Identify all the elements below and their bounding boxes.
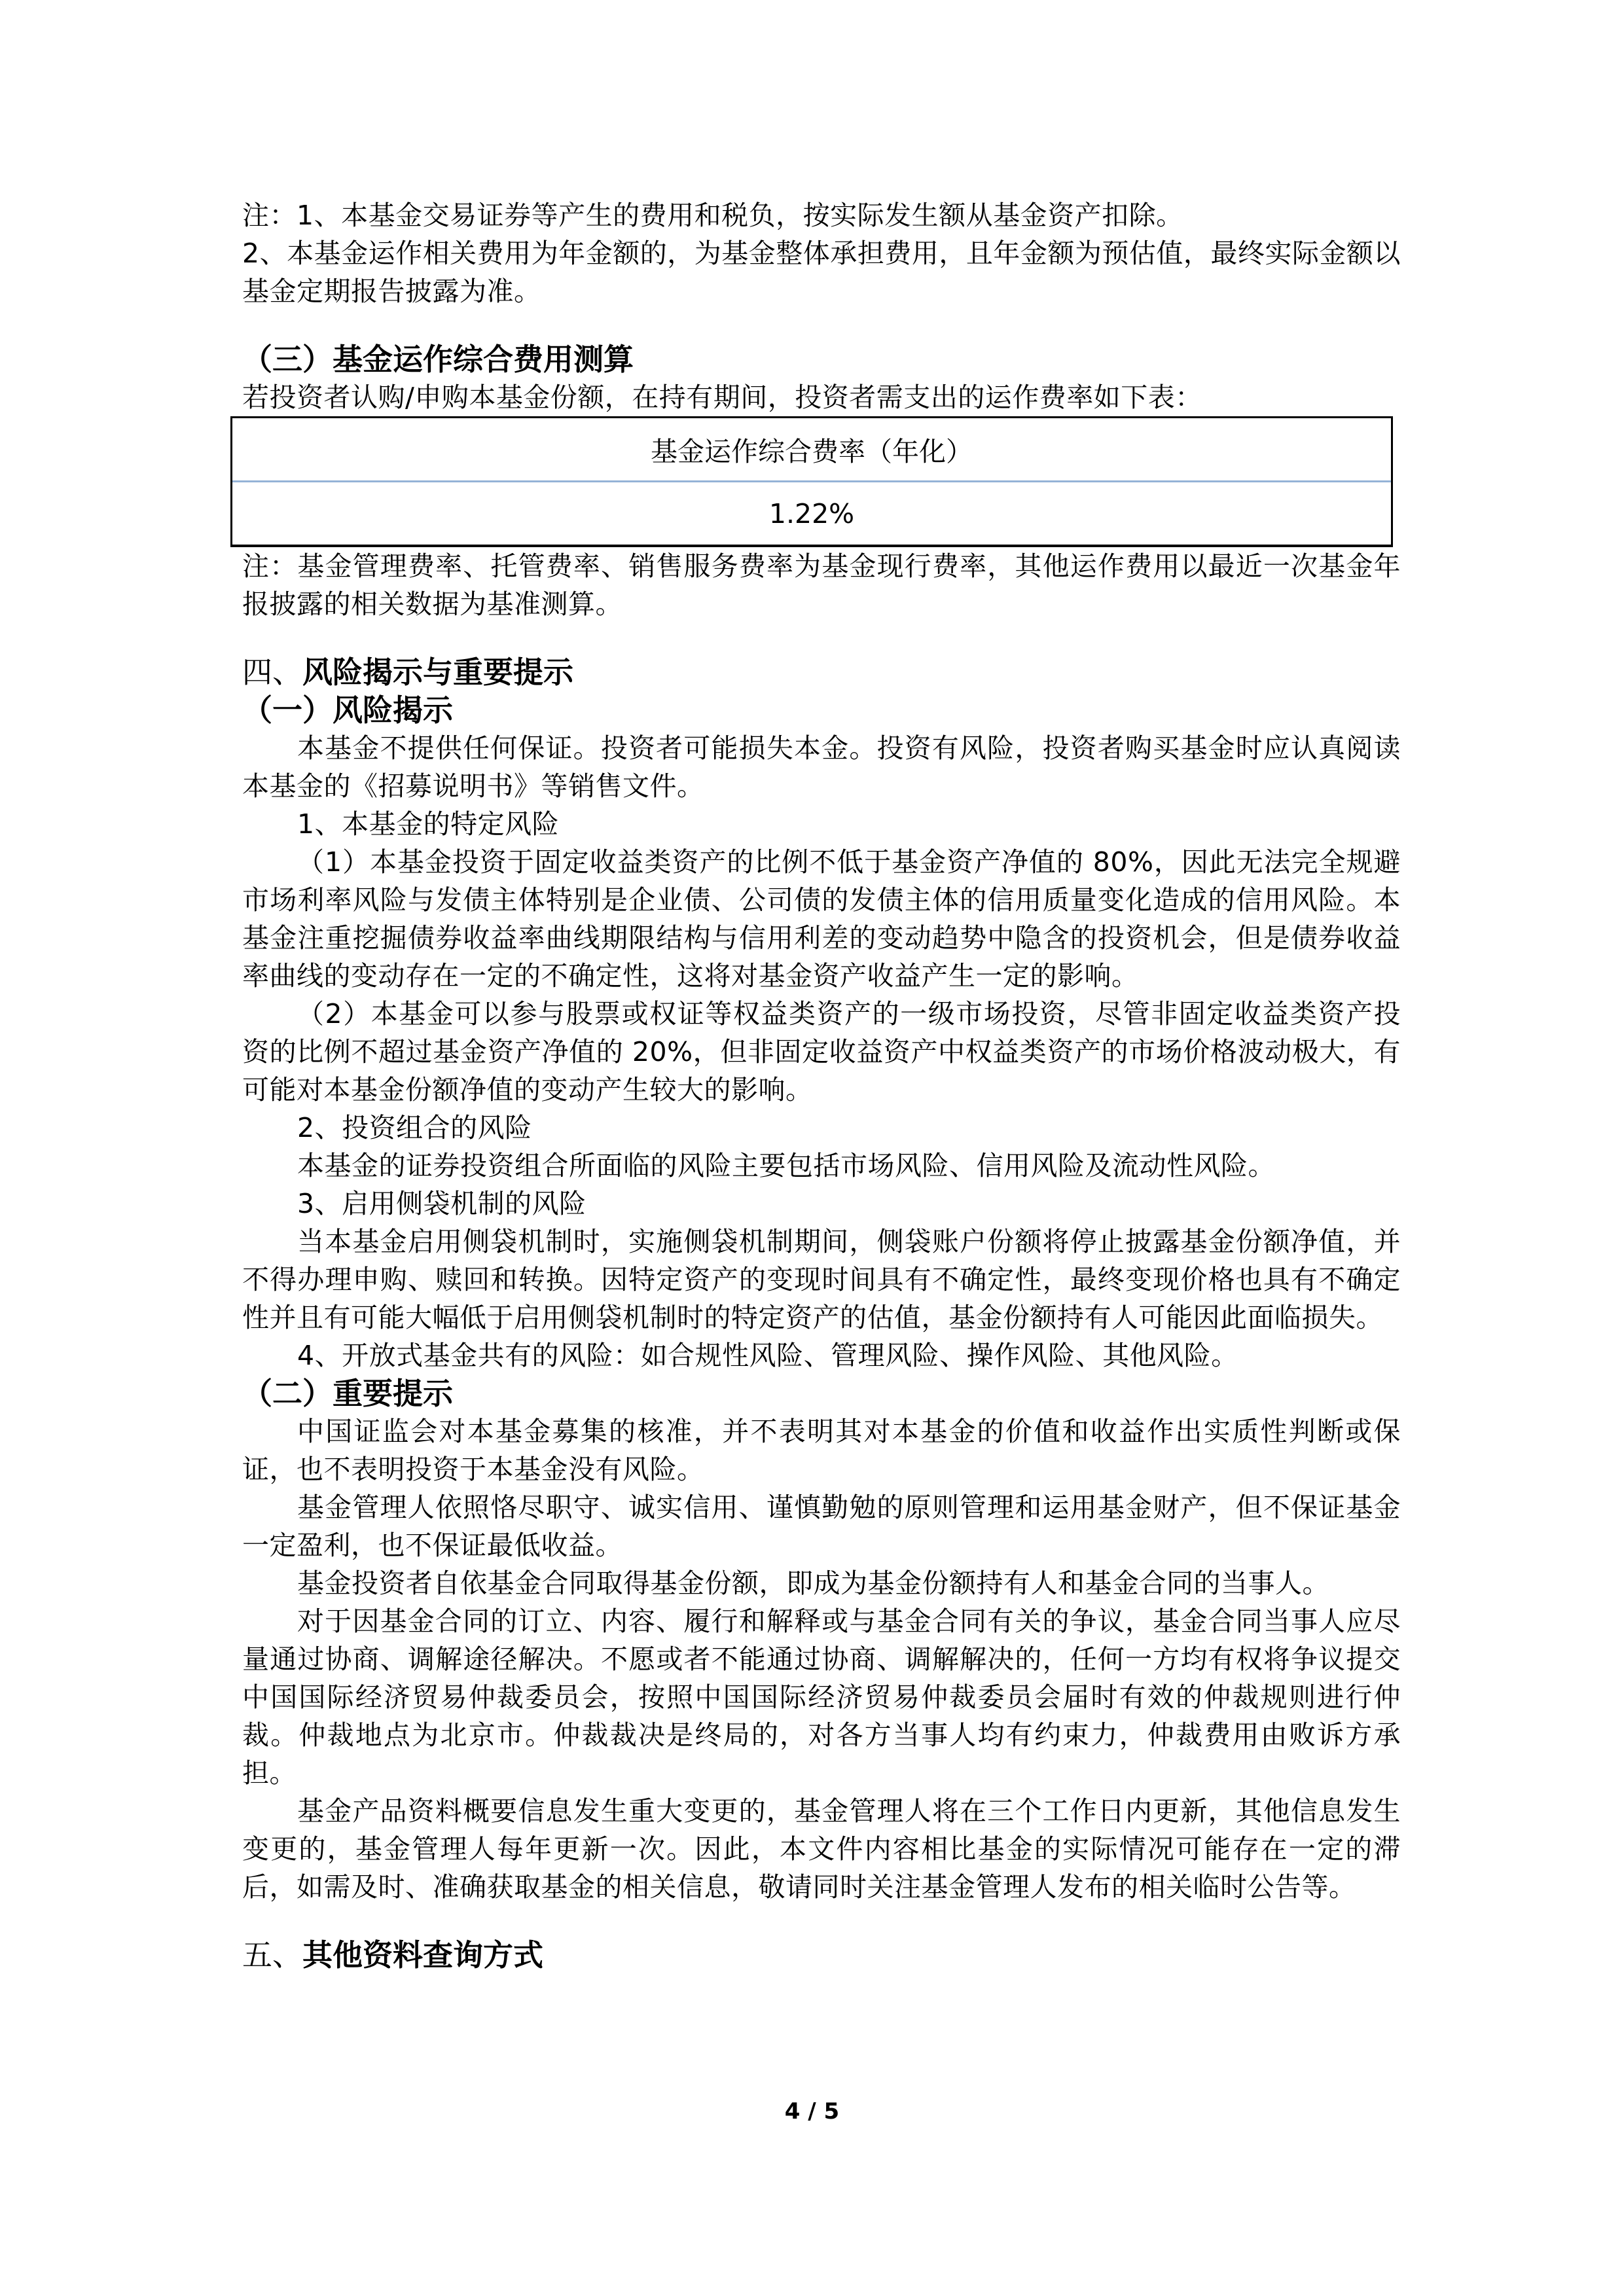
section3-heading: （三）基金运作综合费用测算 [242,340,1401,378]
risk-item1-paragraph1: （1）本基金投资于固定收益类资产的比例不低于基金资产净值的 80%，因此无法完全… [242,843,1401,995]
section3-note: 注：基金管理费率、托管费率、销售服务费率为基金现行费率，其他运作费用以最近一次基… [242,547,1401,623]
page-indicator: 4 / 5 [0,2098,1624,2125]
note-fees-line2: 2、本基金运作相关费用为年金额的，为基金整体承担费用，且年金额为预估值，最终实际… [242,234,1401,310]
notice-paragraph4: 对于因基金合同的订立、内容、履行和解释或与基金合同有关的争议，基金合同当事人应尽… [242,1602,1401,1792]
section4-heading-text: 风险揭示与重要提示 [302,655,573,690]
fee-rate-table-header: 基金运作综合费率（年化） [232,418,1391,480]
note-fees-line1: 注：1、本基金交易证券等产生的费用和税负，按实际发生额从基金资产扣除。 [242,196,1401,234]
section4-heading: 四、风险揭示与重要提示 [242,653,1401,691]
risk-item3-body: 当本基金启用侧袋机制时，实施侧袋机制期间，侧袋账户份额将停止披露基金份额净值，并… [242,1223,1401,1336]
notice-paragraph5: 基金产品资料概要信息发生重大变更的，基金管理人将在三个工作日内更新，其他信息发生… [242,1792,1401,1906]
section3-intro: 若投资者认购/申购本基金份额，在持有期间，投资者需支出的运作费率如下表： [242,378,1401,416]
fee-rate-table: 基金运作综合费率（年化） 1.22% [230,416,1393,547]
notice-paragraph2: 基金管理人依照恪尽职守、诚实信用、谨慎勤勉的原则管理和运用基金财产，但不保证基金… [242,1488,1401,1564]
document-page: 注：1、本基金交易证券等产生的费用和税负，按实际发生额从基金资产扣除。 2、本基… [242,196,1401,1974]
risk-intro: 本基金不提供任何保证。投资者可能损失本金。投资有风险，投资者购买基金时应认真阅读… [242,729,1401,805]
fee-rate-table-value: 1.22% [232,482,1391,545]
notice-paragraph1: 中国证监会对本基金募集的核准，并不表明其对本基金的价值和收益作出实质性判断或保证… [242,1412,1401,1488]
risk-item2-title: 2、投资组合的风险 [242,1109,1401,1147]
section5-heading: 五、其他资料查询方式 [242,1936,1401,1974]
risk-item2-body: 本基金的证券投资组合所面临的风险主要包括市场风险、信用风险及流动性风险。 [242,1147,1401,1185]
section5-heading-text: 其他资料查询方式 [302,1937,543,1973]
section5-heading-number: 五、 [242,1937,302,1973]
section4-heading-number: 四、 [242,655,302,690]
important-notice-heading: （二）重要提示 [242,1374,1401,1412]
risk-disclosure-heading: （一）风险揭示 [242,691,1401,729]
risk-item1-title: 1、本基金的特定风险 [242,805,1401,843]
risk-item1-paragraph2: （2）本基金可以参与股票或权证等权益类资产的一级市场投资，尽管非固定收益类资产投… [242,995,1401,1109]
risk-item3-title: 3、启用侧袋机制的风险 [242,1185,1401,1223]
notice-paragraph3: 基金投资者自依基金合同取得基金份额，即成为基金份额持有人和基金合同的当事人。 [242,1564,1401,1602]
risk-item4: 4、开放式基金共有的风险：如合规性风险、管理风险、操作风险、其他风险。 [242,1336,1401,1374]
